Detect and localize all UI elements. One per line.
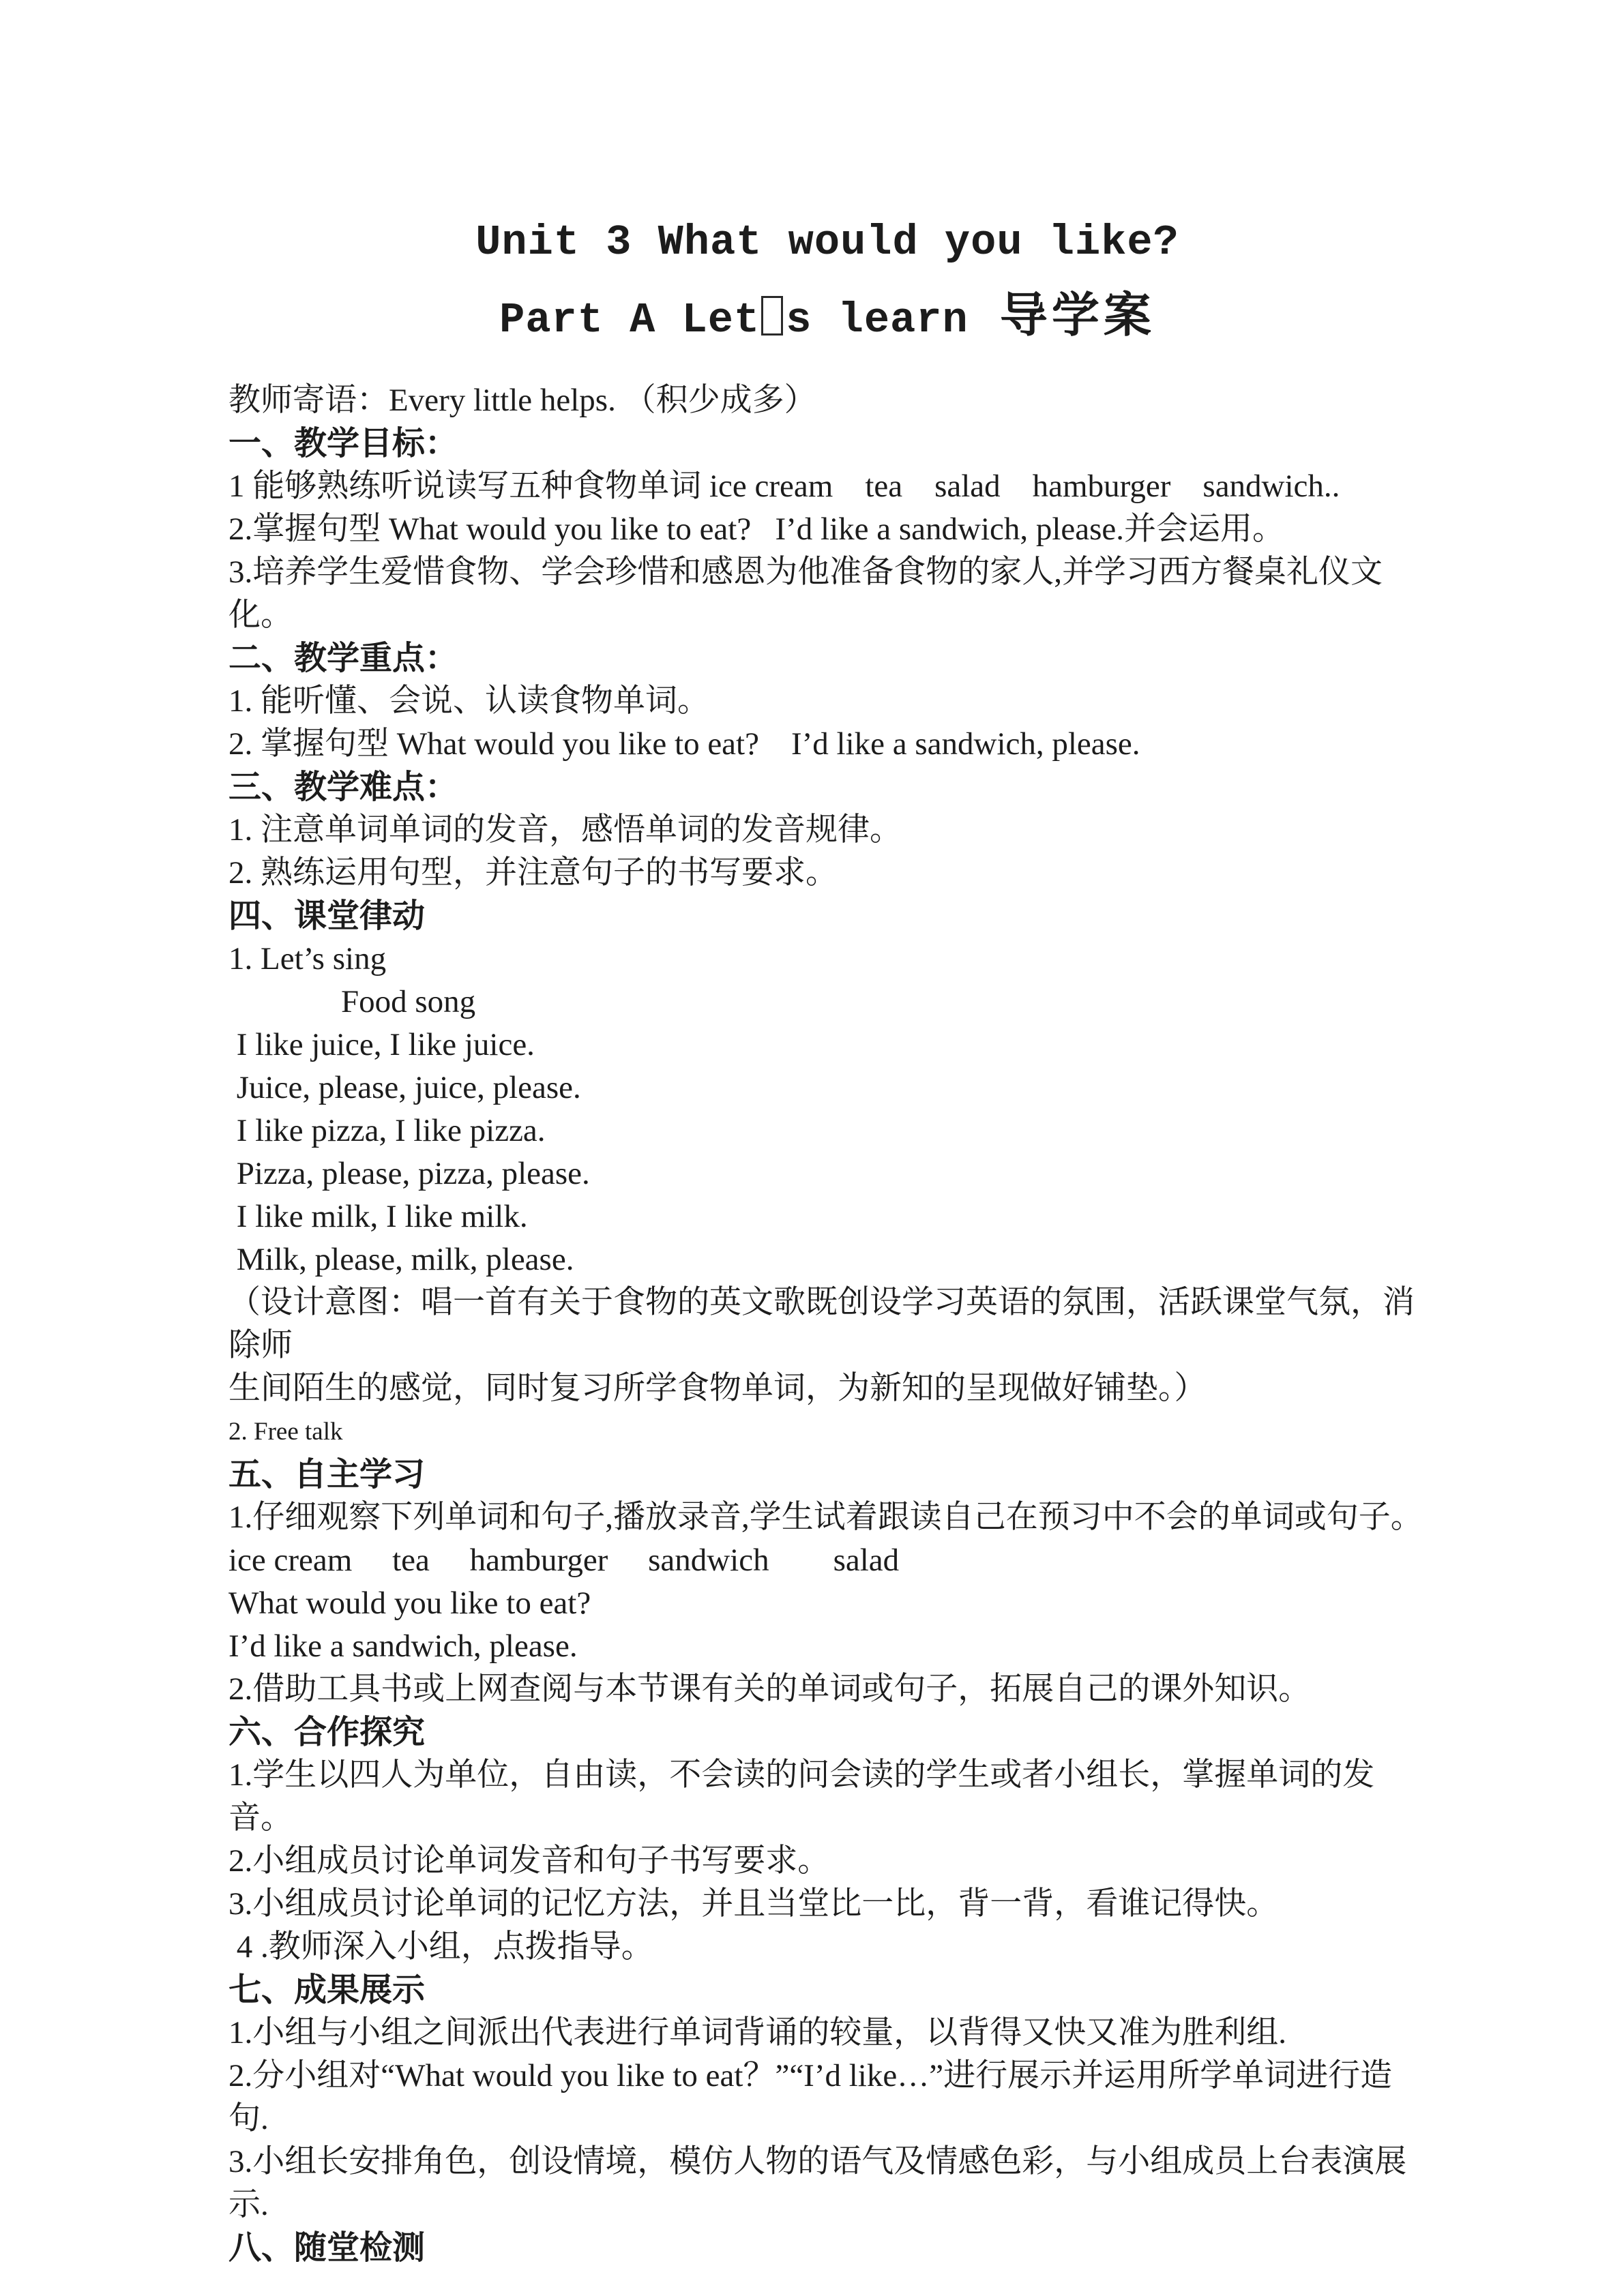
doc-subtitle-en-pre: Part A Let	[499, 296, 760, 344]
sentence-answer: I’d like a sandwich, please.	[228, 1625, 1426, 1668]
show-item-2-line-2: 句.	[228, 2098, 1426, 2141]
teacher-message: 教师寄语：Every little helps. （积少成多）	[228, 379, 1426, 422]
heading-self-study: 五、自主学习	[228, 1453, 1426, 1496]
heading-cooperative-inquiry: 六、合作探究	[228, 1711, 1426, 1754]
heading-classroom-rhythm: 四、课堂律动	[228, 895, 1426, 938]
inquiry-item-4: 4 .教师深入小组，点拨指导。	[228, 1926, 1426, 1969]
inquiry-item-3: 3.小组成员讨论单词的记忆方法，并且当堂比一比，背一背，看谁记得快。	[228, 1883, 1426, 1926]
difficulty-item-1: 1. 注意单词单词的发音，感悟单词的发音规律。	[228, 809, 1426, 852]
missing-glyph-box	[761, 296, 783, 336]
heading-teaching-goals: 一、教学目标：	[228, 422, 1426, 465]
self-study-item-2: 2.借助工具书或上网查阅与本节课有关的单词或句子，拓展自己的课外知识。	[228, 1668, 1426, 1711]
heading-teaching-difficulties: 三、教学难点：	[228, 766, 1426, 809]
doc-subtitle: Part A Lets learn 导学案	[228, 288, 1426, 349]
inquiry-item-1: 1.学生以四人为单位，自由读，不会读的问会读的学生或者小组长，掌握单词的发音。	[228, 1754, 1426, 1840]
song-line-4: Pizza, please, pizza, please.	[228, 1152, 1426, 1195]
show-item-1: 1.小组与小组之间派出代表进行单词背诵的较量，以背得又快又准为胜利组.	[228, 2012, 1426, 2055]
inquiry-item-2: 2.小组成员讨论单词发音和句子书写要求。	[228, 1840, 1426, 1883]
document-content: Unit 3 What would you like? Part A Lets …	[0, 0, 1624, 2269]
design-intent-line-2: 生间陌生的感觉，同时复习所学食物单词，为新知的呈现做好铺垫。）	[228, 1367, 1426, 1410]
sentence-question: What would you like to eat?	[228, 1582, 1426, 1625]
song-line-5: I like milk, I like milk.	[228, 1195, 1426, 1238]
document-page: Unit 3 What would you like? Part A Lets …	[0, 0, 1624, 2296]
song-line-6: Milk, please, milk, please.	[228, 1238, 1426, 1281]
show-item-3: 3.小组长安排角色，创设情境，模仿人物的语气及情感色彩，与小组成员上台表演展示.	[228, 2141, 1426, 2226]
song-line-3: I like pizza, I like pizza.	[228, 1109, 1426, 1152]
heading-achievement-show: 七、成果展示	[228, 1969, 1426, 2012]
self-study-item-1: 1.仔细观察下列单词和句子,播放录音,学生试着跟读自己在预习中不会的单词或句子。	[228, 1496, 1426, 1539]
word-list: ice cream tea hamburger sandwich salad	[228, 1539, 1426, 1582]
focus-item-2: 2. 掌握句型 What would you like to eat? I’d …	[228, 723, 1426, 766]
doc-subtitle-en-post: s learn	[786, 296, 994, 344]
design-intent-line-1: （设计意图：唱一首有关于食物的英文歌既创设学习英语的氛围，活跃课堂气氛，消除师	[228, 1281, 1426, 1367]
focus-item-1: 1. 能听懂、会说、认读食物单词。	[228, 680, 1426, 723]
song-line-2: Juice, please, juice, please.	[228, 1067, 1426, 1109]
goal-item-2: 2.掌握句型 What would you like to eat? I’d l…	[228, 508, 1426, 551]
doc-subtitle-cn: 导学案	[1000, 290, 1155, 342]
show-item-2-line-1: 2.分小组对“What would you like to eat？”“I’d …	[228, 2055, 1426, 2098]
heading-teaching-focus: 二、教学重点：	[228, 637, 1426, 680]
goal-item-1: 1 能够熟练听说读写五种食物单词 ice cream tea salad ham…	[228, 465, 1426, 508]
difficulty-item-2: 2. 熟练运用句型，并注意句子的书写要求。	[228, 852, 1426, 895]
goal-item-3: 3.培养学生爱惜食物、学会珍惜和感恩为他准备食物的家人,并学习西方餐桌礼仪文化。	[228, 551, 1426, 637]
song-line-1: I like juice, I like juice.	[228, 1024, 1426, 1067]
song-title: Food song	[228, 981, 1426, 1024]
doc-title: Unit 3 What would you like?	[228, 217, 1426, 269]
free-talk-label: 2. Free talk	[228, 1410, 1426, 1453]
heading-class-test: 八、随堂检测	[228, 2226, 1426, 2269]
lets-sing-label: 1. Let’s sing	[228, 938, 1426, 981]
